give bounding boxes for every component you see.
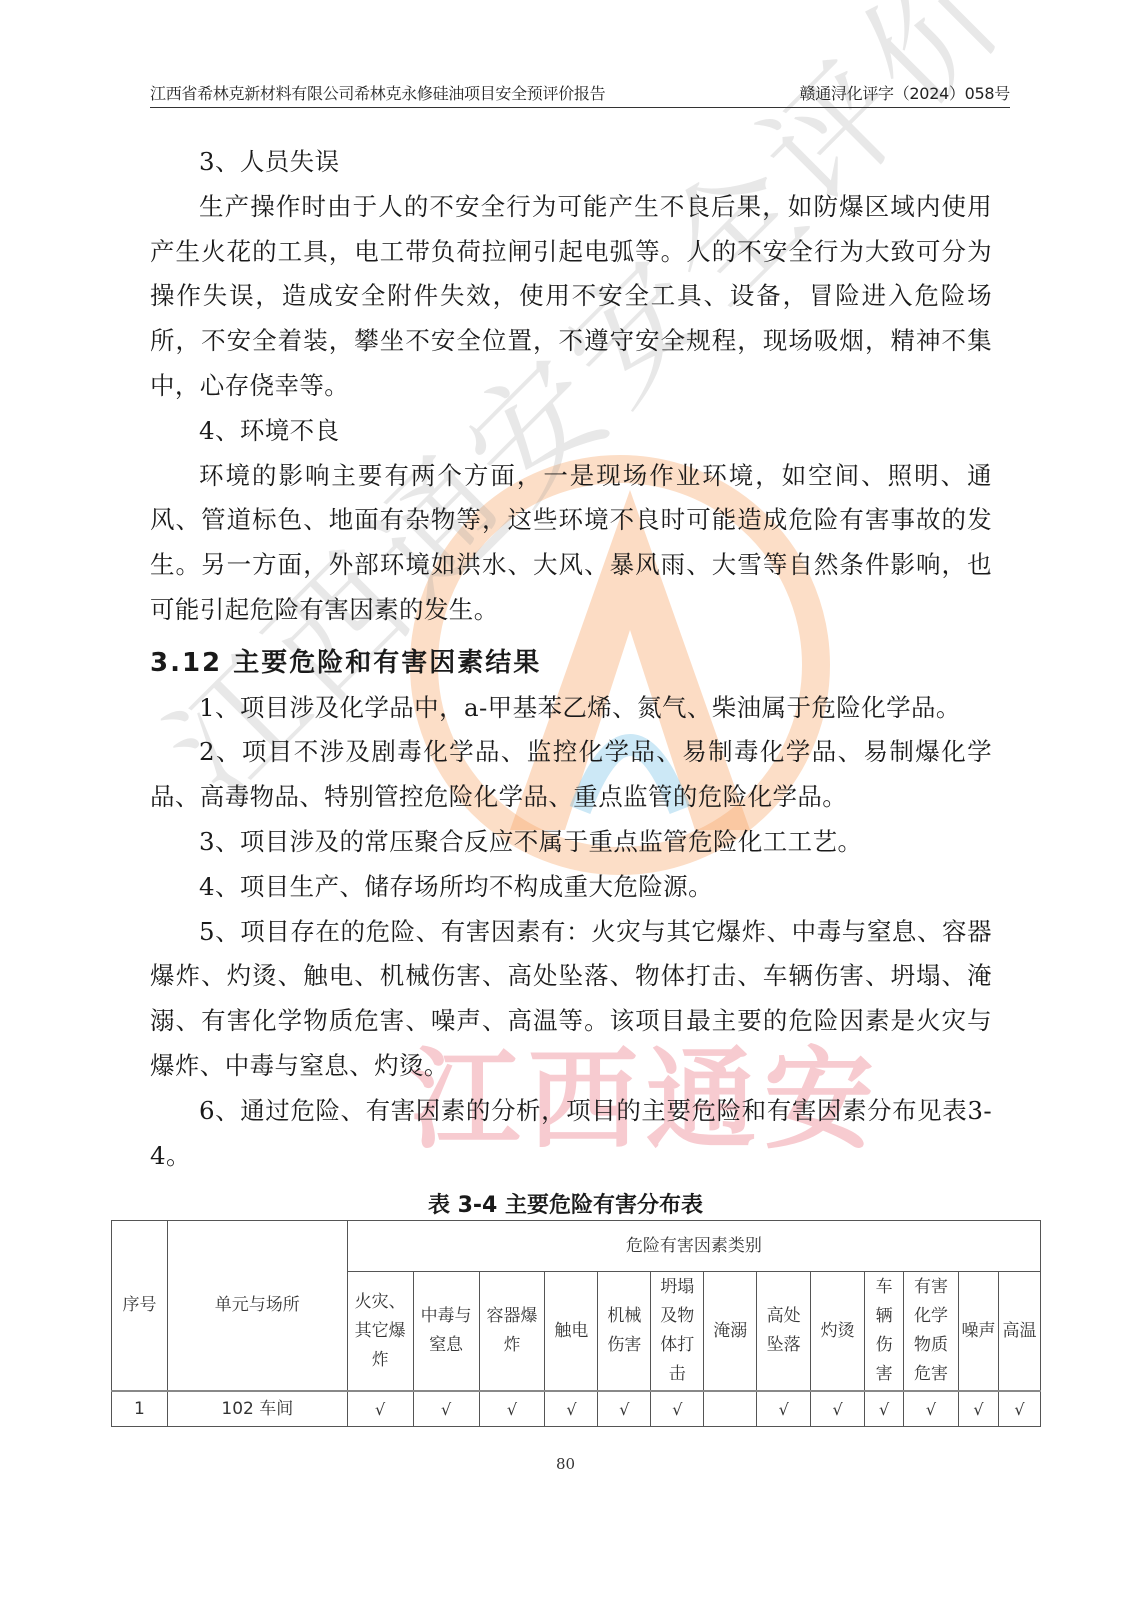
result-item: 1、项目涉及化学品中，a-甲基苯乙烯、氮气、柴油属于危险化学品。 [150,686,992,731]
column-header-category: 车辆伤害 [865,1272,904,1392]
column-header-category: 坍塌及物体打击 [651,1272,704,1392]
check-mark-icon: √ [865,1391,904,1427]
check-mark-icon: √ [598,1391,651,1427]
cell-unit: 102 车间 [167,1391,347,1427]
column-group-header: 危险有害因素类别 [347,1221,1040,1272]
page-header: 江西省希林克新材料有限公司希林克永修硅油项目安全预评价报告 赣通浔化评字（202… [150,78,1010,108]
check-mark-icon: √ [757,1391,811,1427]
document-page: 江西通安安全评价有限公司 江西通安 江西省希林克新材料有限公司希林克永修硅油项目… [0,0,1131,1600]
check-mark-icon: √ [811,1391,865,1427]
check-mark-icon: √ [413,1391,479,1427]
column-header-category: 触电 [545,1272,598,1392]
table-caption: 表 3-4 主要危险有害分布表 [0,1188,1131,1219]
check-mark-icon: √ [998,1391,1040,1427]
column-header-category: 噪声 [958,1272,998,1392]
column-header-category: 高处坠落 [757,1272,811,1392]
column-header-seq: 序号 [112,1221,168,1392]
hazard-distribution-table: 序号 单元与场所 危险有害因素类别 火灾、其它爆炸 中毒与窒息 容器爆炸 触电 … [111,1220,1041,1427]
column-header-category: 淹溺 [704,1272,757,1392]
body-content: 3、人员失误 生产操作时由于人的不安全行为可能产生不良后果，如防爆区域内使用产生… [150,140,992,1178]
column-header-category: 高温 [998,1272,1040,1392]
result-item: 4、项目生产、储存场所均不构成重大危险源。 [150,865,992,910]
cell-seq: 1 [112,1391,168,1427]
report-title: 江西省希林克新材料有限公司希林克永修硅油项目安全预评价报告 [150,81,605,104]
check-mark-icon: √ [347,1391,413,1427]
page-number: 80 [0,1455,1131,1473]
result-item: 2、项目不涉及剧毒化学品、监控化学品、易制毒化学品、易制爆化学品、高毒物品、特别… [150,730,992,820]
check-mark-icon: √ [479,1391,545,1427]
subsection-title-human-error: 3、人员失误 [150,140,992,185]
paragraph-environment: 环境的影响主要有两个方面，一是现场作业环境，如空间、照明、通风、管道标色、地面有… [150,454,992,633]
check-mark-icon: √ [958,1391,998,1427]
column-header-category: 机械伤害 [598,1272,651,1392]
result-item: 5、项目存在的危险、有害因素有：火灾与其它爆炸、中毒与窒息、容器爆炸、灼烫、触电… [150,910,992,1089]
column-header-category: 容器爆炸 [479,1272,545,1392]
result-item: 3、项目涉及的常压聚合反应不属于重点监管危险化工工艺。 [150,820,992,865]
table-row: 1 102 车间 √ √ √ √ √ √ √ √ √ √ √ √ [112,1391,1041,1427]
document-number: 赣通浔化评字（2024）058号 [800,81,1010,104]
column-header-category: 中毒与窒息 [413,1272,479,1392]
column-header-category: 火灾、其它爆炸 [347,1272,413,1392]
column-header-category: 灼烫 [811,1272,865,1392]
column-header-unit: 单元与场所 [167,1221,347,1392]
check-mark-icon: √ [904,1391,959,1427]
paragraph-human-error: 生产操作时由于人的不安全行为可能产生不良后果，如防爆区域内使用产生火花的工具，电… [150,185,992,409]
subsection-title-environment: 4、环境不良 [150,409,992,454]
check-mark-icon: √ [545,1391,598,1427]
result-item: 6、通过危险、有害因素的分析，项目的主要危险和有害因素分布见表3-4。 [150,1089,992,1179]
section-heading: 3.12 主要危险和有害因素结果 [150,641,992,686]
empty-cell [704,1391,757,1427]
column-header-category: 有害化学物质危害 [904,1272,959,1392]
check-mark-icon: √ [651,1391,704,1427]
